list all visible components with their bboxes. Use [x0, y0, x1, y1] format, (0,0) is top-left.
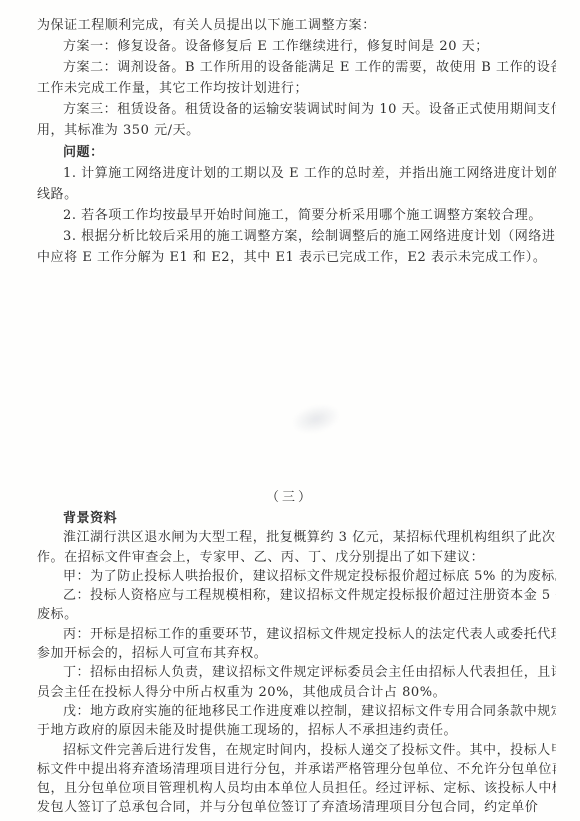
text-line: 用，其标准为 350 元/天。	[37, 120, 556, 141]
expert-ding-suggestion: 丁：招标由招标人负责，建议招标文件规定评标委员会主任由招标人代表担任，且评标委	[37, 663, 556, 682]
expert-wu-suggestion: 于地方政府的原因未能及时提供施工现场的，招标人不承担违约责任。	[37, 721, 556, 740]
text-line: 工作未完成工作量，其它工作均按计划进行；	[37, 78, 556, 99]
question-3-line: 3. 根据分析比较后采用的施工调整方案，绘制调整后的施工网络进度计划（网络进度计…	[37, 226, 556, 247]
question-2-line: 2. 若各项工作均按最早开始时间施工，简要分析采用哪个施工调整方案较合理。	[37, 205, 556, 226]
scanned-document-page: 为保证工程顺利完成，有关人员提出以下施工调整方案： 方案一：修复设备。设备修复后…	[0, 0, 580, 821]
case-study-3-background-block: 背景资料 淮江湖行洪区退水闸为大型工程，批复概算约 3 亿元，某招标代理机构组织…	[37, 509, 556, 818]
text-line: 发包人签订了总承包合同，并与分包单位签订了弃渣场清理项目分包合同，约定单价	[37, 798, 556, 817]
text-line: 包，且分包单位项目管理机构人员均由本单位人员担任。经过评标、定标、该投标人中标，…	[37, 779, 556, 798]
expert-yi-suggestion: 乙：投标人资格应与工程规模相称，建议招标文件规定投标报价超过注册资本金 5 倍的…	[37, 586, 556, 605]
text-line: 招标文件完善后进行发售，在规定时间内，投标人递交了投标文件。其中，投标人甲在投	[37, 741, 556, 760]
section-heading: （三）	[0, 488, 580, 508]
question-1-line: 1. 计算施工网络进度计划的工期以及 E 工作的总时差，并指出施工网络进度计划的…	[37, 163, 556, 184]
case-study-2-questions-block: 为保证工程顺利完成，有关人员提出以下施工调整方案： 方案一：修复设备。设备修复后…	[37, 15, 556, 268]
expert-ding-suggestion: 员会主任在投标人得分中所占权重为 20%，其他成员合计占 80%。	[37, 683, 556, 702]
questions-label: 问题：	[37, 142, 556, 163]
question-3-line: 中应将 E 工作分解为 E1 和 E2，其中 E1 表示已完成工作，E2 表示未…	[37, 247, 556, 268]
question-1-line: 线路。	[37, 184, 556, 205]
scan-smudge	[291, 401, 342, 437]
expert-jia-suggestion: 甲：为了防止投标人哄抬报价，建议招标文件规定投标报价超过标底 5% 的为废标。	[37, 567, 556, 586]
text-line: 作。在招标文件审查会上，专家甲、乙、丙、丁、戊分别提出了如下建议：	[37, 548, 556, 567]
text-line: 淮江湖行洪区退水闸为大型工程，批复概算约 3 亿元，某招标代理机构组织了此次招标…	[37, 528, 556, 547]
expert-yi-suggestion: 废标。	[37, 605, 556, 624]
text-line: 标文件中提出将弃渣场清理项目进行分包，并承诺严格管理分包单位、不允许分包单位再次…	[37, 760, 556, 779]
background-material-label: 背景资料	[37, 509, 556, 528]
text-line: 方案二：调剂设备。B 工作所用的设备能满足 E 工作的需要，故使用 B 工作的设…	[37, 57, 556, 78]
text-line: 方案一：修复设备。设备修复后 E 工作继续进行，修复时间是 20 天；	[37, 36, 556, 57]
text-line: 方案三：租赁设备。租赁设备的运输安装调试时间为 10 天。设备正式使用期间支付租…	[37, 99, 556, 120]
expert-bing-suggestion: 参加开标会的，招标人可宣布其弃权。	[37, 644, 556, 663]
expert-wu-suggestion: 戊：地方政府实施的征地移民工作进度难以控制，建议招标文件专用合同条款中规定，由	[37, 702, 556, 721]
expert-bing-suggestion: 丙：开标是招标工作的重要环节，建议招标文件规定投标人的法定代表人或委托代理人不	[37, 625, 556, 644]
text-line: 为保证工程顺利完成，有关人员提出以下施工调整方案：	[37, 15, 556, 36]
